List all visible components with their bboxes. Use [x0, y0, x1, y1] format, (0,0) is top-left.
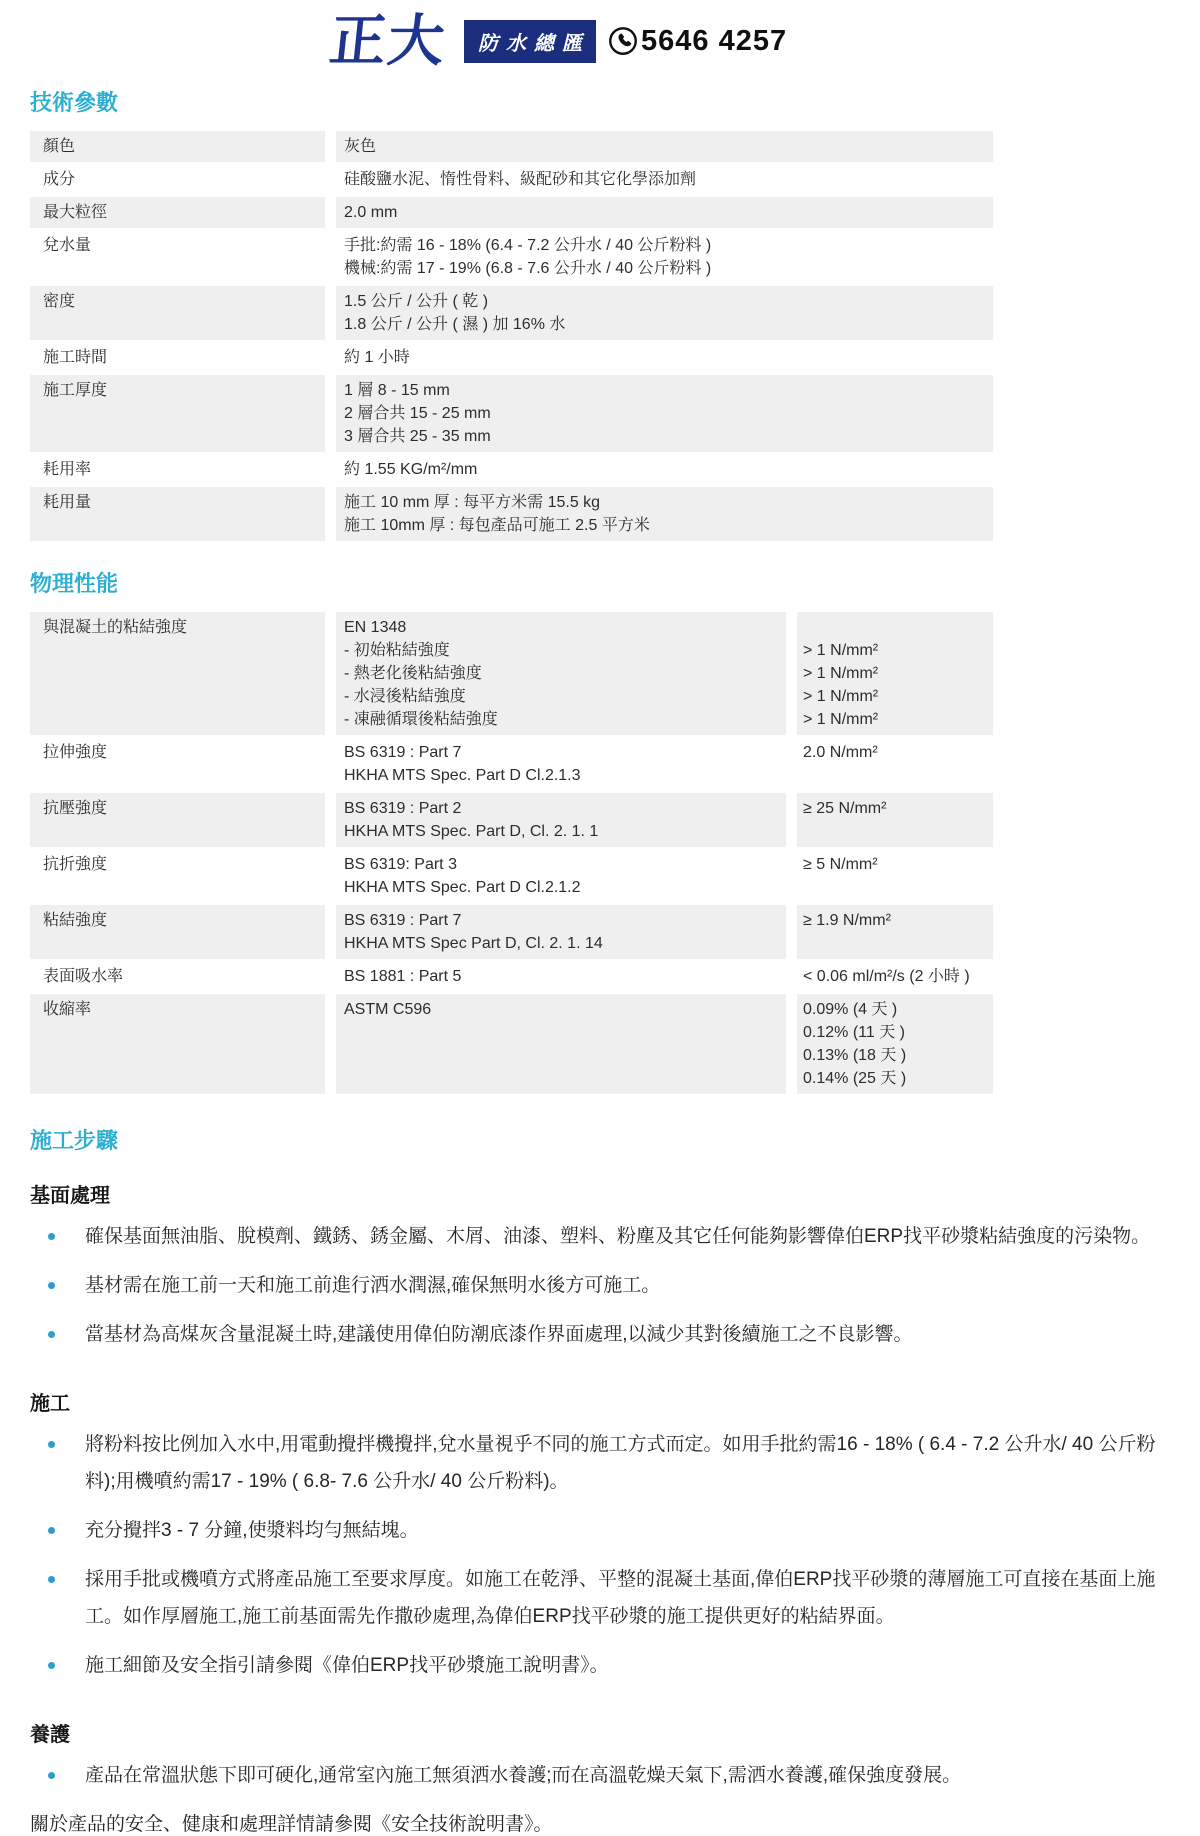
value-line: 3 層合共 25 - 35 mm: [344, 425, 985, 448]
value-line: BS 6319 : Part 2: [344, 797, 778, 820]
list-item: 將粉料按比例加入水中,用電動攪拌機攪拌,兌水量視乎不同的施工方式而定。如用手批約…: [30, 1426, 1165, 1500]
section-title-steps: 施工步驟: [30, 1124, 1165, 1155]
row-label: 施工厚度: [30, 375, 325, 452]
application-steps: 基面處理確保基面無油脂、脫模劑、鐵銹、銹金屬、木屑、油漆、塑料、粉塵及其它任何能…: [30, 1179, 1165, 1794]
section-title-physical: 物理性能: [30, 567, 1165, 598]
value-line: - 凍融循環後粘結強度: [344, 708, 778, 731]
row-label: 拉伸強度: [30, 737, 325, 791]
row-standard: EN 1348- 初始粘結強度- 熱老化後粘結強度- 水浸後粘結強度- 凍融循環…: [336, 612, 786, 735]
row-value: 1.5 公斤 / 公升 ( 乾 )1.8 公斤 / 公升 ( 濕 ) 加 16%…: [336, 286, 993, 340]
list-item: 採用手批或機噴方式將產品施工至要求厚度。如施工在乾淨、平整的混凝土基面,偉伯ER…: [30, 1561, 1165, 1635]
row-label-text: 施工厚度: [43, 379, 317, 402]
bullet-text: 採用手批或機噴方式將產品施工至要求厚度。如施工在乾淨、平整的混凝土基面,偉伯ER…: [85, 1561, 1165, 1635]
row-standard: ASTM C596: [336, 994, 786, 1094]
phone-number: 5646 4257: [641, 25, 787, 58]
row-value: 手批:約需 16 - 18% (6.4 - 7.2 公升水 / 40 公斤粉料 …: [336, 230, 993, 284]
bullet-icon: [48, 1662, 55, 1669]
row-label-text: 表面吸水率: [43, 965, 317, 988]
phone-contact: 5646 4257: [608, 25, 787, 58]
value-line: > 1 N/mm²: [803, 662, 985, 685]
list-item: 充分攪拌3 - 7 分鐘,使漿料均勻無結塊。: [30, 1512, 1165, 1549]
value-line: ≥ 1.9 N/mm²: [803, 909, 985, 932]
table-row: 抗折強度BS 6319: Part 3HKHA MTS Spec. Part D…: [30, 849, 993, 903]
row-value: 約 1 小時: [336, 342, 993, 373]
value-line: 2.0 N/mm²: [803, 741, 985, 764]
step-subheading: 養護: [30, 1718, 1165, 1747]
value-line: 硅酸鹽水泥、惰性骨料、級配砂和其它化學添加劑: [344, 168, 985, 191]
row-label-text: 兌水量: [43, 234, 317, 257]
value-line: - 初始粘結強度: [344, 639, 778, 662]
physical-props-table: 與混凝土的粘結強度EN 1348- 初始粘結強度- 熱老化後粘結強度- 水浸後粘…: [30, 612, 993, 1094]
row-result: 2.0 N/mm²: [797, 737, 993, 791]
bullet-text: 施工細節及安全指引請參閱《偉伯ERP找平砂漿施工說明書》。: [85, 1647, 1165, 1684]
row-standard: BS 1881 : Part 5: [336, 961, 786, 992]
list-item: 產品在常溫狀態下即可硬化,通常室內施工無須洒水養護;而在高溫乾燥天氣下,需洒水養…: [30, 1757, 1165, 1794]
value-line: - 水浸後粘結強度: [344, 685, 778, 708]
bullet-icon: [48, 1576, 55, 1583]
bullet-text: 充分攪拌3 - 7 分鐘,使漿料均勻無結塊。: [85, 1512, 1165, 1549]
row-label-text: 粘結強度: [43, 909, 317, 932]
value-line: BS 1881 : Part 5: [344, 965, 778, 988]
list-item: 確保基面無油脂、脫模劑、鐵銹、銹金屬、木屑、油漆、塑料、粉塵及其它任何能夠影響偉…: [30, 1218, 1165, 1255]
brand-badge: 防水總匯: [464, 20, 596, 63]
row-label-text: 成分: [43, 168, 317, 191]
row-label-text: 耗用率: [43, 458, 317, 481]
value-line: 2.0 mm: [344, 201, 985, 224]
brand-header: 正大 防水總匯 5646 4257: [330, 10, 1165, 72]
bullet-icon: [48, 1441, 55, 1448]
value-line: 0.14% (25 天 ): [803, 1067, 985, 1090]
row-label: 施工時間: [30, 342, 325, 373]
value-line: < 0.06 ml/m²/s (2 小時 ): [803, 965, 985, 988]
row-label-text: 抗折強度: [43, 853, 317, 876]
table-row: 成分硅酸鹽水泥、惰性骨料、級配砂和其它化學添加劑: [30, 164, 993, 195]
row-standard: BS 6319: Part 3HKHA MTS Spec. Part D Cl.…: [336, 849, 786, 903]
value-line: 施工 10mm 厚 : 每包產品可施工 2.5 平方米: [344, 514, 985, 537]
value-line: 機械:約需 17 - 19% (6.8 - 7.6 公升水 / 40 公斤粉料 …: [344, 257, 985, 280]
row-standard: BS 6319 : Part 7HKHA MTS Spec Part D, Cl…: [336, 905, 786, 959]
safety-note: 關於產品的安全、健康和處理詳情請參閱《安全技術說明書》。: [30, 1810, 1165, 1836]
row-label: 密度: [30, 286, 325, 340]
table-row: 拉伸強度BS 6319 : Part 7HKHA MTS Spec. Part …: [30, 737, 993, 791]
table-row: 密度1.5 公斤 / 公升 ( 乾 )1.8 公斤 / 公升 ( 濕 ) 加 1…: [30, 286, 993, 340]
table-row: 粘結強度BS 6319 : Part 7HKHA MTS Spec Part D…: [30, 905, 993, 959]
row-label: 成分: [30, 164, 325, 195]
bullet-icon: [48, 1331, 55, 1338]
row-label: 抗壓強度: [30, 793, 325, 847]
value-line: ≥ 25 N/mm²: [803, 797, 985, 820]
tech-params-table: 顏色灰色成分硅酸鹽水泥、惰性骨料、級配砂和其它化學添加劑最大粒徑2.0 mm兌水…: [30, 131, 993, 541]
phone-icon: [608, 26, 638, 56]
list-item: 基材需在施工前一天和施工前進行洒水潤濕,確保無明水後方可施工。: [30, 1267, 1165, 1304]
row-label-text: 拉伸強度: [43, 741, 317, 764]
bullet-text: 產品在常溫狀態下即可硬化,通常室內施工無須洒水養護;而在高溫乾燥天氣下,需洒水養…: [85, 1757, 1165, 1794]
row-label: 最大粒徑: [30, 197, 325, 228]
bullet-text: 將粉料按比例加入水中,用電動攪拌機攪拌,兌水量視乎不同的施工方式而定。如用手批約…: [85, 1426, 1165, 1500]
row-label: 與混凝土的粘結強度: [30, 612, 325, 735]
value-line: BS 6319 : Part 7: [344, 741, 778, 764]
row-label-text: 顏色: [43, 135, 317, 158]
row-result: 0.09% (4 天 )0.12% (11 天 )0.13% (18 天 )0.…: [797, 994, 993, 1094]
value-line: 1 層 8 - 15 mm: [344, 379, 985, 402]
row-value: 約 1.55 KG/m²/mm: [336, 454, 993, 485]
row-result: > 1 N/mm²> 1 N/mm²> 1 N/mm²> 1 N/mm²: [797, 612, 993, 735]
table-row: 耗用率約 1.55 KG/m²/mm: [30, 454, 993, 485]
row-value: 灰色: [336, 131, 993, 162]
bullet-icon: [48, 1772, 55, 1779]
row-label-text: 施工時間: [43, 346, 317, 369]
value-line: 0.13% (18 天 ): [803, 1044, 985, 1067]
value-line: 施工 10 mm 厚 : 每平方米需 15.5 kg: [344, 491, 985, 514]
value-line: 1.5 公斤 / 公升 ( 乾 ): [344, 290, 985, 313]
value-line: ≥ 5 N/mm²: [803, 853, 985, 876]
value-line: 1.8 公斤 / 公升 ( 濕 ) 加 16% 水: [344, 313, 985, 336]
row-label: 抗折強度: [30, 849, 325, 903]
row-label: 兌水量: [30, 230, 325, 284]
value-line: - 熱老化後粘結強度: [344, 662, 778, 685]
value-line: 0.09% (4 天 ): [803, 998, 985, 1021]
row-result: < 0.06 ml/m²/s (2 小時 ): [797, 961, 993, 992]
row-label: 表面吸水率: [30, 961, 325, 992]
value-line: > 1 N/mm²: [803, 685, 985, 708]
table-row: 收縮率ASTM C5960.09% (4 天 )0.12% (11 天 )0.1…: [30, 994, 993, 1094]
row-result: ≥ 5 N/mm²: [797, 849, 993, 903]
row-label-text: 抗壓強度: [43, 797, 317, 820]
row-label: 顏色: [30, 131, 325, 162]
value-line: EN 1348: [344, 616, 778, 639]
product-datasheet-page: 正大 防水總匯 5646 4257 技術參數 顏色灰色成分硅酸鹽水泥、惰性骨料、…: [0, 0, 1200, 1836]
value-line: 灰色: [344, 135, 985, 158]
value-line: 約 1.55 KG/m²/mm: [344, 458, 985, 481]
step-subheading: 基面處理: [30, 1179, 1165, 1208]
table-row: 施工厚度1 層 8 - 15 mm2 層合共 15 - 25 mm3 層合共 2…: [30, 375, 993, 452]
row-standard: BS 6319 : Part 7HKHA MTS Spec. Part D Cl…: [336, 737, 786, 791]
brand-logo-text: 正大: [327, 13, 449, 69]
table-row: 兌水量手批:約需 16 - 18% (6.4 - 7.2 公升水 / 40 公斤…: [30, 230, 993, 284]
row-label: 粘結強度: [30, 905, 325, 959]
bullet-icon: [48, 1233, 55, 1240]
table-row: 最大粒徑2.0 mm: [30, 197, 993, 228]
value-line: HKHA MTS Spec Part D, Cl. 2. 1. 14: [344, 932, 778, 955]
section-title-tech-params: 技術參數: [30, 86, 1165, 117]
row-label: 耗用量: [30, 487, 325, 541]
row-standard: BS 6319 : Part 2HKHA MTS Spec. Part D, C…: [336, 793, 786, 847]
row-label-text: 密度: [43, 290, 317, 313]
value-line: BS 6319 : Part 7: [344, 909, 778, 932]
row-result: ≥ 1.9 N/mm²: [797, 905, 993, 959]
row-value: 2.0 mm: [336, 197, 993, 228]
value-line: 約 1 小時: [344, 346, 985, 369]
table-row: 施工時間約 1 小時: [30, 342, 993, 373]
bullet-icon: [48, 1527, 55, 1534]
table-row: 與混凝土的粘結強度EN 1348- 初始粘結強度- 熱老化後粘結強度- 水浸後粘…: [30, 612, 993, 735]
bullet-text: 當基材為高煤灰含量混凝土時,建議使用偉伯防潮底漆作界面處理,以減少其對後續施工之…: [85, 1316, 1165, 1353]
value-line: ASTM C596: [344, 998, 778, 1021]
row-label: 耗用率: [30, 454, 325, 485]
value-line: BS 6319: Part 3: [344, 853, 778, 876]
value-line: > 1 N/mm²: [803, 708, 985, 731]
bullet-text: 確保基面無油脂、脫模劑、鐵銹、銹金屬、木屑、油漆、塑料、粉塵及其它任何能夠影響偉…: [85, 1218, 1165, 1255]
step-subheading: 施工: [30, 1387, 1165, 1416]
value-line: 0.12% (11 天 ): [803, 1021, 985, 1044]
row-result: ≥ 25 N/mm²: [797, 793, 993, 847]
row-label-text: 耗用量: [43, 491, 317, 514]
table-row: 表面吸水率BS 1881 : Part 5< 0.06 ml/m²/s (2 小…: [30, 961, 993, 992]
bullet-text: 基材需在施工前一天和施工前進行洒水潤濕,確保無明水後方可施工。: [85, 1267, 1165, 1304]
value-line: > 1 N/mm²: [803, 639, 985, 662]
value-line: HKHA MTS Spec. Part D Cl.2.1.3: [344, 764, 778, 787]
table-row: 顏色灰色: [30, 131, 993, 162]
row-label-text: 與混凝土的粘結強度: [43, 616, 317, 639]
table-row: 耗用量施工 10 mm 厚 : 每平方米需 15.5 kg施工 10mm 厚 :…: [30, 487, 993, 541]
value-line: HKHA MTS Spec. Part D Cl.2.1.2: [344, 876, 778, 899]
row-label-text: 收縮率: [43, 998, 317, 1021]
list-item: 當基材為高煤灰含量混凝土時,建議使用偉伯防潮底漆作界面處理,以減少其對後續施工之…: [30, 1316, 1165, 1353]
value-line: 2 層合共 15 - 25 mm: [344, 402, 985, 425]
table-row: 抗壓強度BS 6319 : Part 2HKHA MTS Spec. Part …: [30, 793, 993, 847]
value-line: HKHA MTS Spec. Part D, Cl. 2. 1. 1: [344, 820, 778, 843]
value-line: [803, 616, 985, 639]
row-value: 1 層 8 - 15 mm2 層合共 15 - 25 mm3 層合共 25 - …: [336, 375, 993, 452]
row-label: 收縮率: [30, 994, 325, 1094]
list-item: 施工細節及安全指引請參閱《偉伯ERP找平砂漿施工說明書》。: [30, 1647, 1165, 1684]
row-value: 施工 10 mm 厚 : 每平方米需 15.5 kg施工 10mm 厚 : 每包…: [336, 487, 993, 541]
value-line: 手批:約需 16 - 18% (6.4 - 7.2 公升水 / 40 公斤粉料 …: [344, 234, 985, 257]
bullet-icon: [48, 1282, 55, 1289]
row-label-text: 最大粒徑: [43, 201, 317, 224]
row-value: 硅酸鹽水泥、惰性骨料、級配砂和其它化學添加劑: [336, 164, 993, 195]
